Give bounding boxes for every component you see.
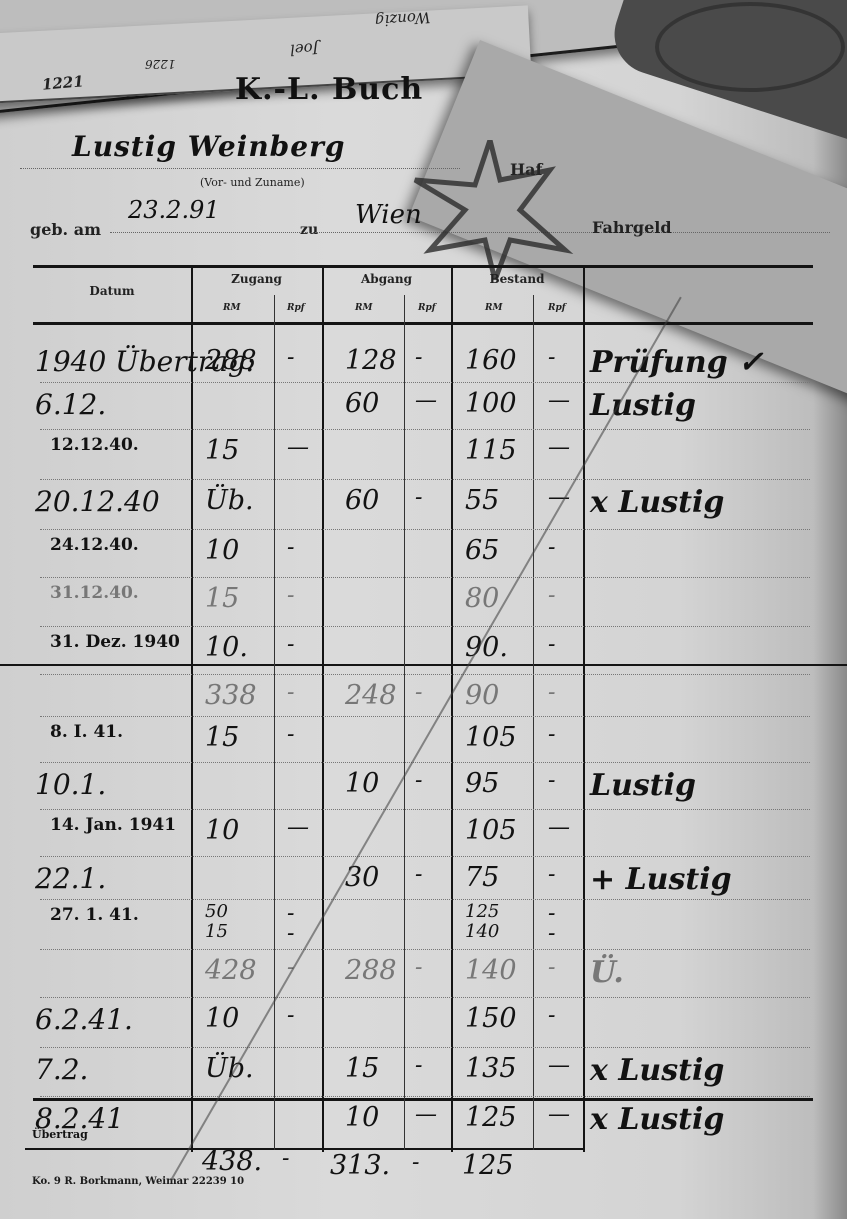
row-guide xyxy=(40,529,810,530)
total-out: 313. xyxy=(330,1150,390,1181)
cell-bal: 160 xyxy=(465,345,517,376)
cell-note: Lustig xyxy=(590,388,696,423)
born-label: geb. am xyxy=(30,220,101,239)
cell-bal: 150 xyxy=(465,1003,517,1034)
cell-note: x Lustig xyxy=(590,1102,724,1137)
cell-bal-pf: - xyxy=(548,955,555,980)
cell-in-pf: - xyxy=(287,680,294,705)
strip-text: 1226 xyxy=(145,57,176,71)
cell-in-pf: — xyxy=(287,815,309,840)
cell-bal: 80 xyxy=(465,583,499,614)
cell-bal-pf: - xyxy=(548,632,555,657)
cell-date: 8. I. 41. xyxy=(50,722,123,742)
cell-out: 10 xyxy=(345,768,379,799)
subheader-rpf: Rpf xyxy=(287,303,305,313)
cell-date: 22.1. xyxy=(35,862,106,895)
cell-in-pf: - xyxy=(287,722,294,747)
subcolumn-divider xyxy=(404,295,405,1150)
cell-out-pf: - xyxy=(415,955,422,980)
column-divider xyxy=(191,265,193,1152)
total-balance: 125 xyxy=(462,1150,514,1181)
cell-note: Prüfung ✓ xyxy=(590,345,763,380)
cell-note: x Lustig xyxy=(590,1053,724,1088)
cell-bal: 90 xyxy=(465,680,499,711)
cell-date: 31.12.40. xyxy=(50,583,139,603)
subheader-rpf: Rpf xyxy=(548,303,566,313)
cell-bal: 75 xyxy=(465,862,499,893)
row-guide xyxy=(40,429,810,430)
carry-label: Übertrag xyxy=(32,1128,88,1141)
row-guide xyxy=(40,577,810,578)
column-divider xyxy=(322,265,324,1152)
document-title: K.-L. Buch xyxy=(235,72,423,107)
cell-bal-pf: - xyxy=(548,345,555,370)
cell-out: 128 xyxy=(345,345,397,376)
row-guide xyxy=(40,809,810,810)
cell-in: 338 xyxy=(205,680,257,711)
cell-bal: 65 xyxy=(465,535,499,566)
column-divider xyxy=(451,265,453,1152)
star-outline-icon xyxy=(400,140,600,280)
cell-date: 7.2. xyxy=(35,1053,88,1086)
cell-in: 15 xyxy=(205,921,228,942)
cell-bal: 125 xyxy=(465,901,499,922)
header-date: Datum xyxy=(33,284,191,298)
cell-date: 24.12.40. xyxy=(50,535,139,555)
row-guide xyxy=(40,626,810,627)
cell-out: 248 xyxy=(345,680,397,711)
cell-bal: 115 xyxy=(465,435,517,466)
cell-bal-pf: - xyxy=(548,535,555,560)
ledger-page-scan: 1221 1226 Joel Wonzig K.-L. Buch Lustig … xyxy=(0,0,847,1219)
cell-date: 20.12.40 xyxy=(35,485,160,518)
cell-in: 50 xyxy=(205,901,228,922)
cell-bal-pf: - xyxy=(548,583,555,608)
subcolumn-divider xyxy=(533,295,534,1150)
cell-date: 10.1. xyxy=(35,768,106,801)
subheader-rm: RM xyxy=(223,303,240,313)
cell-in: Üb. xyxy=(205,485,254,516)
cell-in-pf: - xyxy=(287,583,294,608)
row-guide xyxy=(40,1047,810,1048)
name-handwritten: Lustig Weinberg xyxy=(72,130,345,163)
cell-date: 14. Jan. 1941 xyxy=(50,815,176,835)
cell-date: 6.12. xyxy=(35,388,106,421)
total-in-pf: - xyxy=(282,1146,289,1171)
cell-bal-pf: — xyxy=(548,1053,570,1078)
cell-note: + Lustig xyxy=(590,862,732,897)
strip-text: Joel xyxy=(289,39,319,59)
cell-bal: 100 xyxy=(465,388,517,419)
cell-bal-pf: — xyxy=(548,815,570,840)
row-guide xyxy=(40,382,810,383)
row-guide xyxy=(40,674,810,675)
cell-in: 15 xyxy=(205,722,239,753)
cell-bal: 140 xyxy=(465,921,499,942)
row-guide xyxy=(40,762,810,763)
cell-bal: 105 xyxy=(465,815,517,846)
subheader-rpf: Rpf xyxy=(418,303,436,313)
cell-date: 12.12.40. xyxy=(50,435,139,455)
cell-out-pf: - xyxy=(415,680,422,705)
cell-bal-pf: - xyxy=(548,768,555,793)
header-in: Zugang xyxy=(191,272,322,286)
cell-out: 288 xyxy=(345,955,397,986)
cell-bal-pf: - xyxy=(548,921,555,946)
born-date: 23.2.91 xyxy=(128,196,220,224)
row-guide xyxy=(40,997,810,998)
cell-out-pf: - xyxy=(415,485,422,510)
cell-in-pf: - xyxy=(287,921,294,946)
cell-bal-pf: — xyxy=(548,388,570,413)
cell-bal-pf: - xyxy=(548,722,555,747)
cell-out: 10 xyxy=(345,1102,379,1133)
row-guide xyxy=(40,899,810,900)
cell-in: 10. xyxy=(205,632,248,663)
cell-in-pf: - xyxy=(287,632,294,657)
cell-out-pf: - xyxy=(415,768,422,793)
row-guide xyxy=(40,1096,810,1097)
cell-out: 60 xyxy=(345,485,379,516)
strip-text: 1221 xyxy=(41,72,84,94)
cell-in: 15 xyxy=(205,583,239,614)
cell-in: 428 xyxy=(205,955,257,986)
cell-in: 10 xyxy=(205,1003,239,1034)
stamp-icon xyxy=(655,2,845,92)
total-in: 438. xyxy=(202,1146,262,1177)
cell-bal: 55 xyxy=(465,485,499,516)
cell-out-pf: — xyxy=(415,1102,437,1127)
rule xyxy=(33,1098,813,1101)
row-guide xyxy=(40,856,810,857)
cell-out-pf: - xyxy=(415,345,422,370)
born-place-label: zu xyxy=(300,222,318,238)
cell-out: 15 xyxy=(345,1053,379,1084)
row-guide xyxy=(40,949,810,950)
cell-bal: 105 xyxy=(465,722,517,753)
cell-bal: 125 xyxy=(465,1102,517,1133)
cell-in-pf: — xyxy=(287,435,309,460)
cell-bal-pf: - xyxy=(548,680,555,705)
cell-bal: 95 xyxy=(465,768,499,799)
cell-in-pf: - xyxy=(287,1003,294,1028)
rule xyxy=(0,664,847,666)
cell-out-pf: — xyxy=(415,388,437,413)
total-out-pf: - xyxy=(412,1150,419,1175)
cell-note: Ü. xyxy=(590,955,624,990)
subheader-rm: RM xyxy=(485,303,502,313)
cell-in: 10 xyxy=(205,815,239,846)
cell-bal-pf: — xyxy=(548,1102,570,1127)
cell-in: 15 xyxy=(205,435,239,466)
cell-in: 288 xyxy=(205,345,257,376)
dotted-rule xyxy=(20,168,460,169)
cell-out: 60 xyxy=(345,388,379,419)
subcolumn-divider xyxy=(274,295,275,1150)
column-divider xyxy=(583,265,585,1152)
cell-note: Lustig xyxy=(590,768,696,803)
cell-bal-pf: - xyxy=(548,862,555,887)
strip-text: Wonzig xyxy=(374,8,431,30)
cell-date: 31. Dez. 1940 xyxy=(50,632,180,652)
cell-note: x Lustig xyxy=(590,485,724,520)
cell-date: 27. 1. 41. xyxy=(50,905,139,925)
subheader-rm: RM xyxy=(355,303,372,313)
cell-in-pf: - xyxy=(287,535,294,560)
cell-out-pf: - xyxy=(415,862,422,887)
row-guide xyxy=(40,479,810,480)
fare-label: Fahrgeld xyxy=(592,218,672,237)
printer-imprint: Ko. 9 R. Borkmann, Weimar 22239 10 xyxy=(32,1176,244,1187)
cell-in-pf: - xyxy=(287,345,294,370)
cell-bal-pf: — xyxy=(548,435,570,460)
row-guide xyxy=(40,716,810,717)
cell-bal: 140 xyxy=(465,955,517,986)
cell-out-pf: - xyxy=(415,1053,422,1078)
cell-bal: 135 xyxy=(465,1053,517,1084)
cell-in: 10 xyxy=(205,535,239,566)
name-caption: (Vor- und Zuname) xyxy=(200,176,305,189)
cell-bal-pf: - xyxy=(548,1003,555,1028)
cell-date: 6.2.41. xyxy=(35,1003,133,1036)
